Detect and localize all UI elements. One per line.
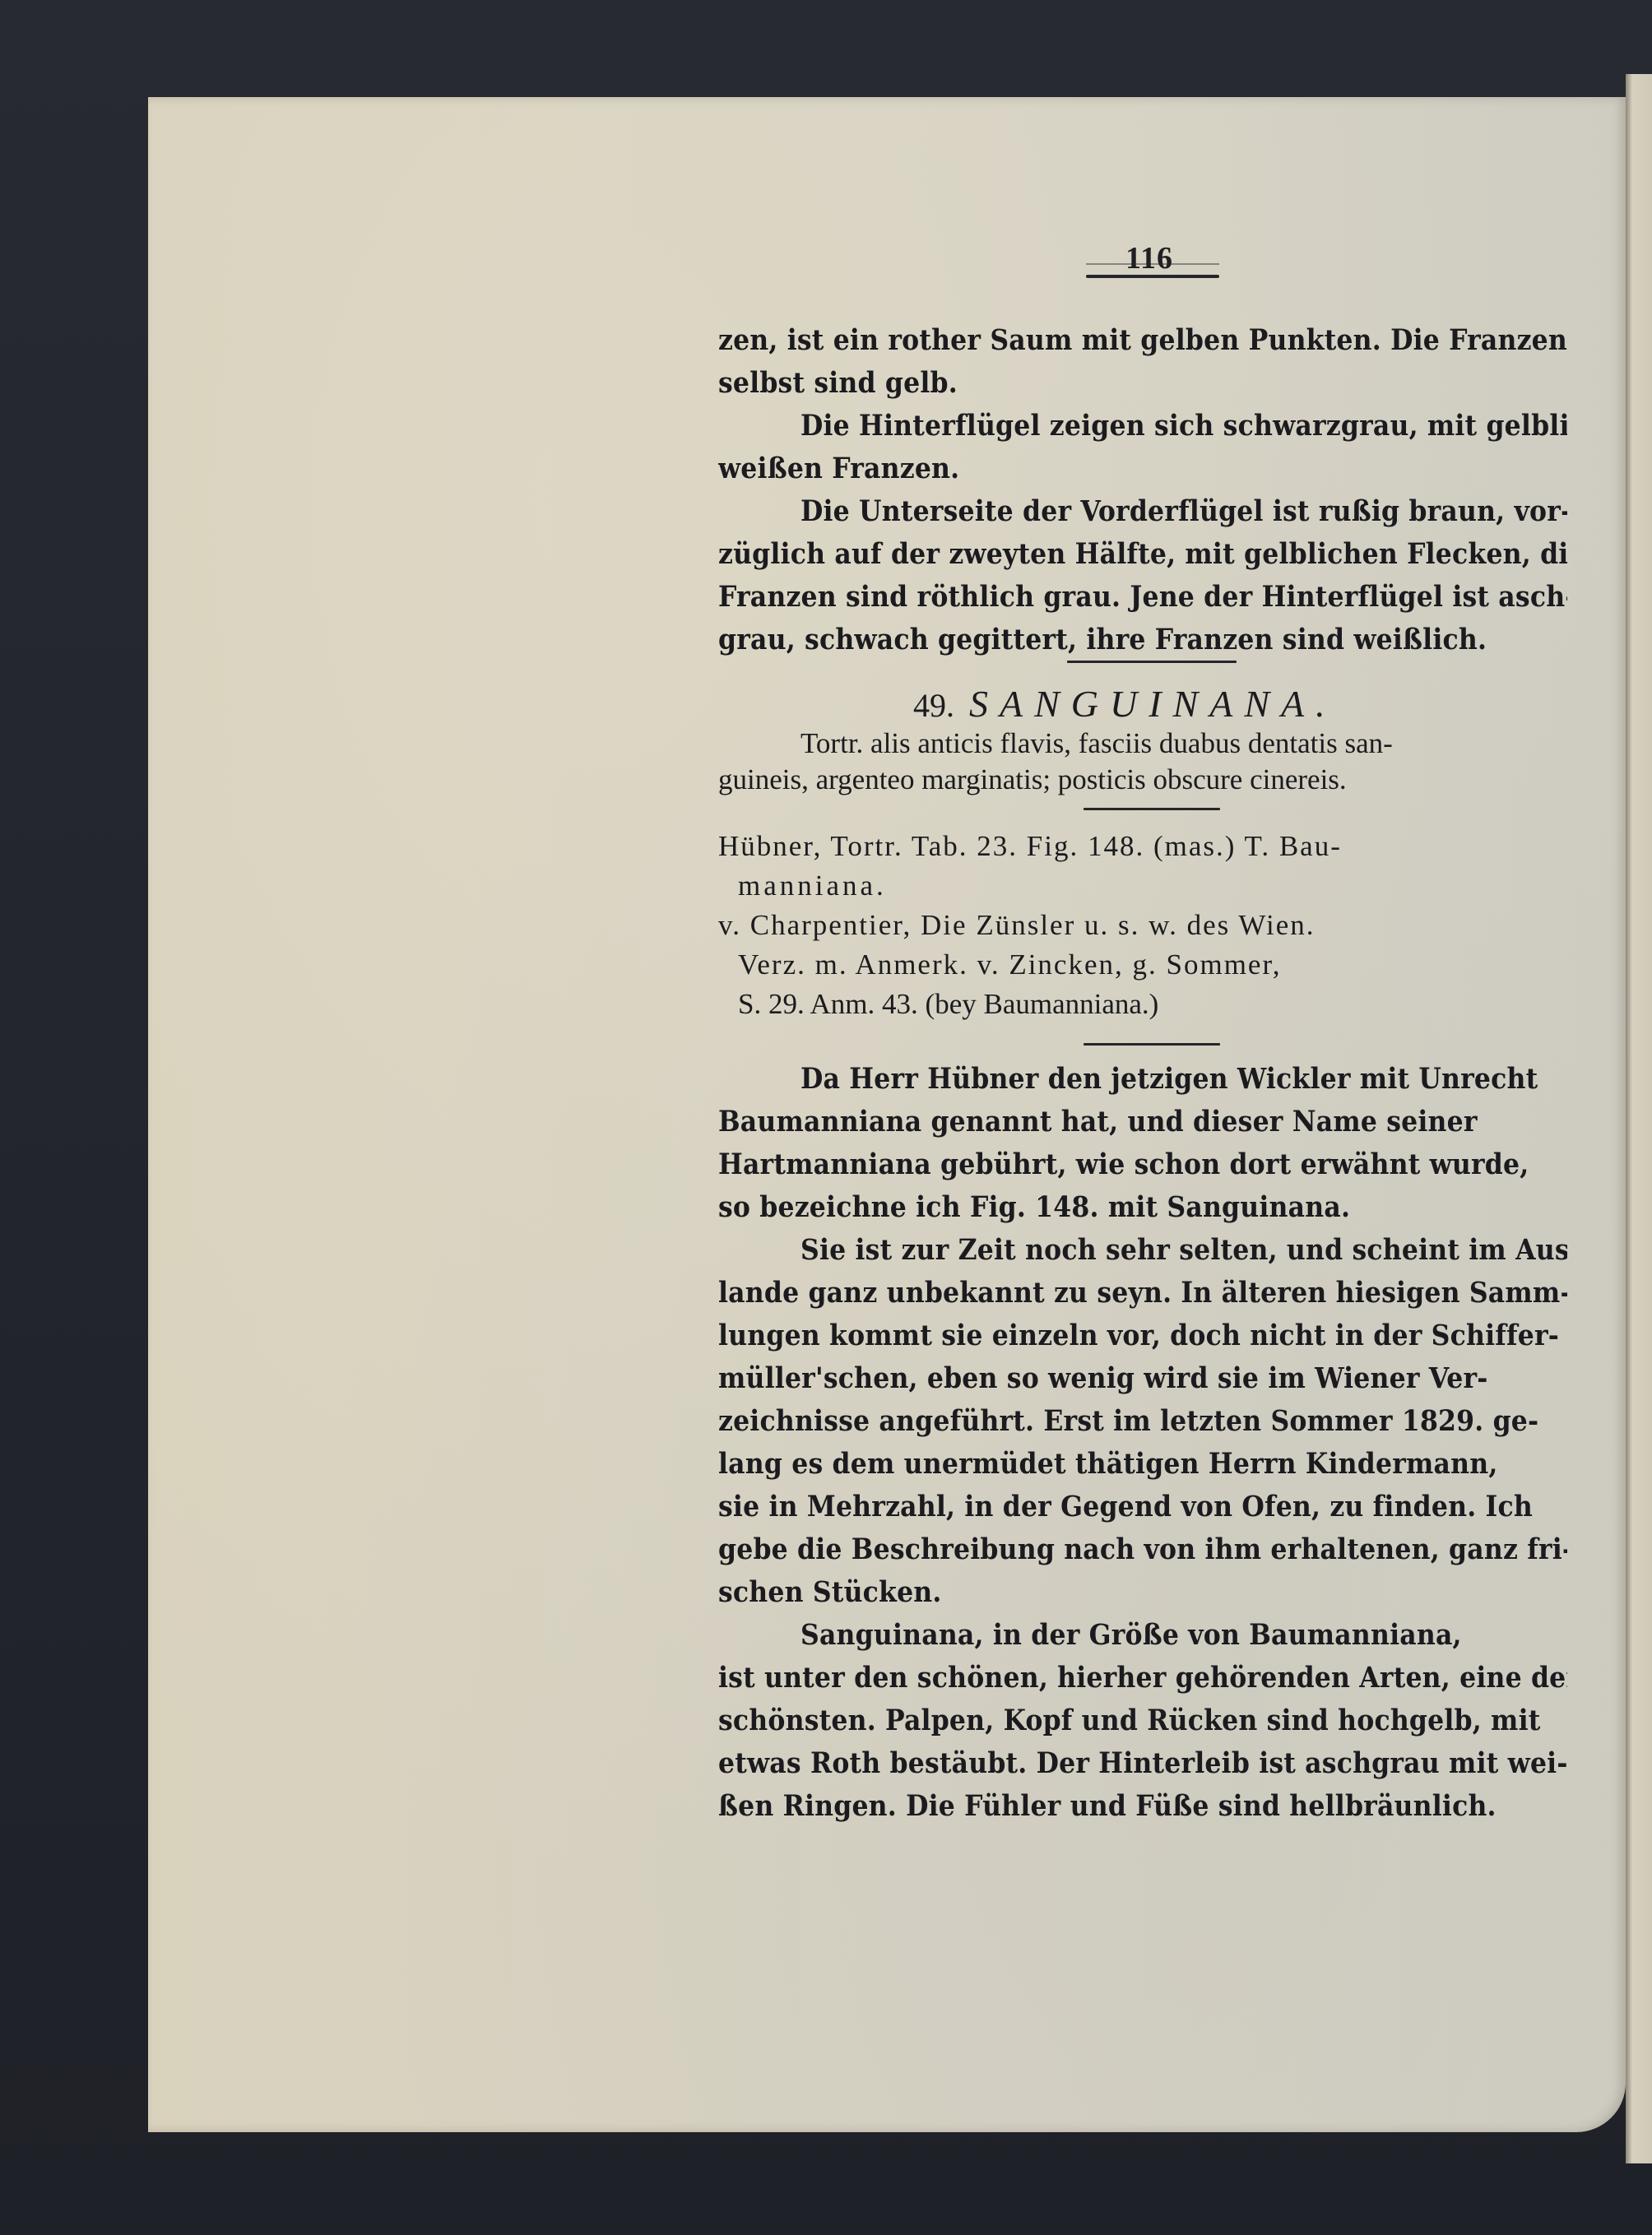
text-line: zeichnisse angeführt. Erst im letzten So… xyxy=(718,1400,1567,1443)
page-number: 116 xyxy=(1116,240,1182,276)
text-line: Da Herr Hübner den jetzigen Wickler mit … xyxy=(718,1058,1567,1101)
text-line: schönsten. Palpen, Kopf und Rücken sind … xyxy=(718,1699,1567,1742)
text-line: zen, ist ein rother Saum mit gelben Punk… xyxy=(718,319,1567,362)
header-rule-thick xyxy=(1086,275,1219,278)
reference-line: manniana. xyxy=(718,866,1567,906)
text-line: Tortr. alis anticis flavis, fasciis duab… xyxy=(718,726,1567,762)
literature-references: Hübner, Tortr. Tab. 23. Fig. 148. (mas.)… xyxy=(718,827,1567,1024)
text-line: sie in Mehrzahl, in der Gegend von Ofen,… xyxy=(718,1486,1567,1528)
text-line: Franzen sind röthlich grau. Jene der Hin… xyxy=(718,576,1567,619)
text-line: lande ganz unbekannt zu seyn. In älteren… xyxy=(718,1272,1567,1315)
text-line: so bezeichne ich Fig. 148. mit Sanguinan… xyxy=(718,1186,1567,1229)
text-line: guineis, argenteo marginatis; posticis o… xyxy=(718,762,1567,798)
text-line: Baumanniana genannt hat, und dieser Name… xyxy=(718,1101,1567,1143)
species-heading: 49.SANGUINANA. xyxy=(913,682,1337,726)
text-line: züglich auf der zweyten Hälfte, mit gelb… xyxy=(718,533,1567,576)
reference-line: Hübner, Tortr. Tab. 23. Fig. 148. (mas.)… xyxy=(718,827,1567,866)
header-rule-thin xyxy=(1086,263,1219,265)
text-line: Die Unterseite der Vorderflügel ist rußi… xyxy=(718,490,1567,533)
text-line: gebe die Beschreibung nach von ihm erhal… xyxy=(718,1528,1567,1571)
adjacent-page-edge xyxy=(1626,74,1652,2163)
section-divider xyxy=(1067,661,1237,663)
text-line: ist unter den schönen, hierher gehörende… xyxy=(718,1657,1567,1699)
naming-paragraph: Da Herr Hübner den jetzigen Wickler mit … xyxy=(718,1058,1567,1229)
text-line: etwas Roth bestäubt. Der Hinterleib ist … xyxy=(718,1742,1567,1785)
text-line: lang es dem unermüdet thätigen Herrn Kin… xyxy=(718,1443,1567,1486)
reference-line: S. 29. Anm. 43. (bey Baumanniana.) xyxy=(718,985,1567,1024)
description-paragraph: Sanguinana, in der Größe von Baumanniana… xyxy=(718,1614,1567,1828)
synonymy-divider xyxy=(1084,808,1220,810)
text-line: weißen Franzen. xyxy=(718,447,1567,490)
continuation-paragraph: zen, ist ein rother Saum mit gelben Punk… xyxy=(718,319,1567,405)
underside-paragraph: Die Unterseite der Vorderflügel ist rußi… xyxy=(718,490,1567,661)
text-divider xyxy=(1084,1043,1220,1046)
text-line: grau, schwach gegittert, ihre Franzen si… xyxy=(718,619,1567,661)
text-line: schen Stücken. xyxy=(718,1571,1567,1614)
rarity-paragraph: Sie ist zur Zeit noch sehr selten, und s… xyxy=(718,1229,1567,1614)
text-line: Die Hinterflügel zeigen sich schwarzgrau… xyxy=(718,405,1567,447)
reference-line: v. Charpentier, Die Zünsler u. s. w. des… xyxy=(718,906,1567,945)
text-line: selbst sind gelb. xyxy=(718,362,1567,405)
text-line: müller'schen, eben so wenig wird sie im … xyxy=(718,1357,1567,1400)
text-line: Hartmanniana gebührt, wie schon dort erw… xyxy=(718,1143,1567,1186)
latin-diagnosis: Tortr. alis anticis flavis, fasciis duab… xyxy=(718,726,1567,798)
text-line: Sanguinana, in der Größe von Baumanniana… xyxy=(718,1614,1567,1657)
species-number: 49. xyxy=(913,687,954,724)
text-line: Sie ist zur Zeit noch sehr selten, und s… xyxy=(718,1229,1567,1272)
text-line: ßen Ringen. Die Fühler und Füße sind hel… xyxy=(718,1785,1567,1828)
text-line: lungen kommt sie einzeln vor, doch nicht… xyxy=(718,1315,1567,1357)
species-name: SANGUINANA. xyxy=(969,683,1337,725)
hindwing-paragraph: Die Hinterflügel zeigen sich schwarzgrau… xyxy=(718,405,1567,490)
reference-line: Verz. m. Anmerk. v. Zincken, g. Sommer, xyxy=(718,945,1567,985)
